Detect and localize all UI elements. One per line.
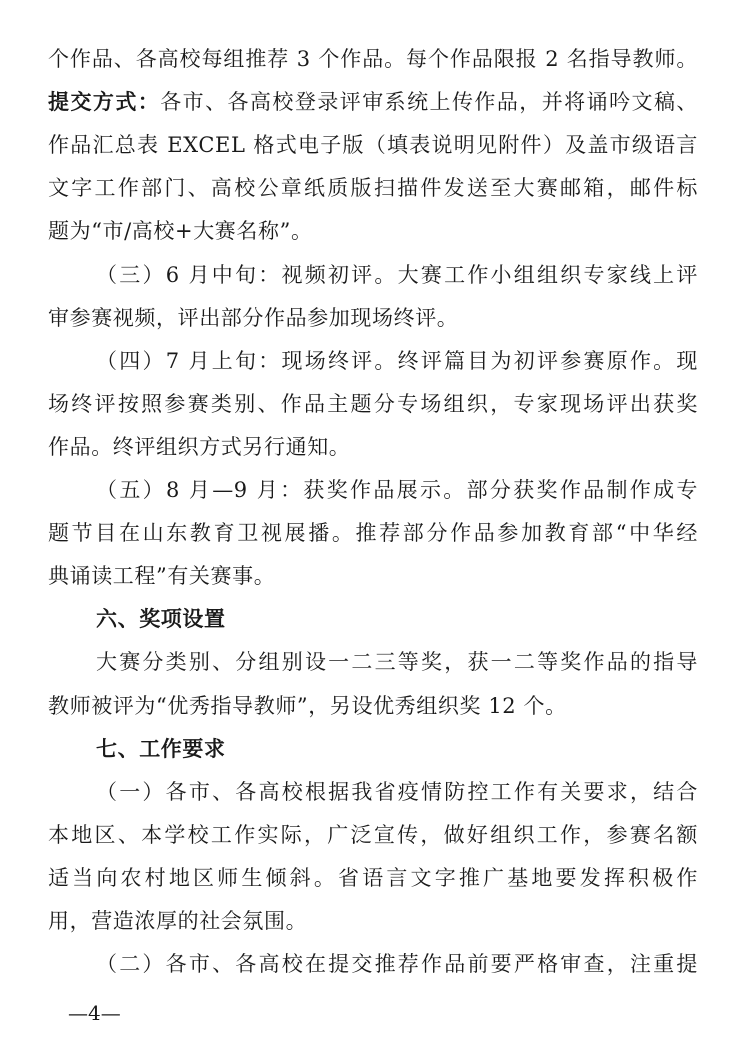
line-text: 适当向农村地区师生倾斜。省语言文字推广基地要发挥积极作 xyxy=(48,866,698,890)
line-text: （一）各市、各高校根据我省疫情防控工作有关要求，结合 xyxy=(96,780,698,804)
line-text: 本地区、本学校工作实际，广泛宣传，做好组织工作，参赛名额 xyxy=(48,823,698,847)
line-text: 文字工作部门、高校公章纸质版扫描件发送至大赛邮箱，邮件标 xyxy=(48,176,698,200)
text-line: 审参赛视频，评出部分作品参加现场终评。 xyxy=(48,297,698,340)
text-line: 典诵读工程”有关赛事。 xyxy=(48,555,698,598)
text-line: 个作品、各高校每组推荐 3 个作品。每个作品限报 2 名指导教师。 xyxy=(48,38,698,81)
line-text: 审参赛视频，评出部分作品参加现场终评。 xyxy=(48,306,458,330)
text-line: （二）各市、各高校在提交推荐作品前要严格审查，注重提 xyxy=(96,943,698,986)
document-page: 个作品、各高校每组推荐 3 个作品。每个作品限报 2 名指导教师。提交方式：各市… xyxy=(0,0,740,1043)
line-text: 用，营造浓厚的社会氛围。 xyxy=(48,909,307,933)
line-text: 个作品、各高校每组推荐 3 个作品。每个作品限报 2 名指导教师。 xyxy=(48,47,698,71)
line-text: （二）各市、各高校在提交推荐作品前要严格审查，注重提 xyxy=(96,952,698,976)
line-text: 六、奖项设置 xyxy=(96,607,226,631)
line-text: 教师被评为“优秀指导教师”，另设优秀组织奖 12 个。 xyxy=(48,694,567,718)
line-text: 场终评按照参赛类别、作品主题分专场组织，专家现场评出获奖 xyxy=(48,392,698,416)
text-line: 提交方式：各市、各高校登录评审系统上传作品，并将诵吟文稿、 xyxy=(48,81,698,124)
line-text: 作品。终评组织方式另行通知。 xyxy=(48,435,350,459)
text-line: 大赛分类别、分组别设一二三等奖，获一二等奖作品的指导 xyxy=(96,641,698,684)
line-text: 作品汇总表 EXCEL 格式电子版（填表说明见附件）及盖市级语言 xyxy=(48,133,698,157)
line-text: 七、工作要求 xyxy=(96,737,226,761)
text-line: 作品汇总表 EXCEL 格式电子版（填表说明见附件）及盖市级语言 xyxy=(48,124,698,167)
text-line: 教师被评为“优秀指导教师”，另设优秀组织奖 12 个。 xyxy=(48,685,698,728)
line-text: 大赛分类别、分组别设一二三等奖，获一二等奖作品的指导 xyxy=(96,650,698,674)
text-line: 文字工作部门、高校公章纸质版扫描件发送至大赛邮箱，邮件标 xyxy=(48,167,698,210)
text-line: 场终评按照参赛类别、作品主题分专场组织，专家现场评出获奖 xyxy=(48,383,698,426)
section-heading: 七、工作要求 xyxy=(96,728,698,771)
line-text: （三）6 月中旬：视频初评。大赛工作小组组织专家线上评 xyxy=(96,263,698,287)
line-text: 典诵读工程”有关赛事。 xyxy=(48,564,275,588)
text-line: 题节目在山东教育卫视展播。推荐部分作品参加教育部“中华经 xyxy=(48,512,698,555)
text-line: （四）7 月上旬：现场终评。终评篇目为初评参赛原作。现 xyxy=(96,340,698,383)
bold-label: 提交方式： xyxy=(48,90,160,114)
line-text: 各市、各高校登录评审系统上传作品，并将诵吟文稿、 xyxy=(160,90,698,114)
line-text: 题为“市/高校+大赛名称”。 xyxy=(48,219,313,243)
line-text: （四）7 月上旬：现场终评。终评篇目为初评参赛原作。现 xyxy=(96,349,698,373)
page-number: —4— xyxy=(68,1000,121,1026)
text-line: 作品。终评组织方式另行通知。 xyxy=(48,426,698,469)
text-line: 适当向农村地区师生倾斜。省语言文字推广基地要发挥积极作 xyxy=(48,857,698,900)
line-text: 题节目在山东教育卫视展播。推荐部分作品参加教育部“中华经 xyxy=(48,521,698,545)
text-line: （一）各市、各高校根据我省疫情防控工作有关要求，结合 xyxy=(96,771,698,814)
line-text: （五）8 月—9 月：获奖作品展示。部分获奖作品制作成专 xyxy=(96,478,698,502)
text-line: 用，营造浓厚的社会氛围。 xyxy=(48,900,698,943)
text-line: 本地区、本学校工作实际，广泛宣传，做好组织工作，参赛名额 xyxy=(48,814,698,857)
text-line: （三）6 月中旬：视频初评。大赛工作小组组织专家线上评 xyxy=(96,254,698,297)
text-line: 题为“市/高校+大赛名称”。 xyxy=(48,210,698,253)
text-line: （五）8 月—9 月：获奖作品展示。部分获奖作品制作成专 xyxy=(96,469,698,512)
section-heading: 六、奖项设置 xyxy=(96,598,698,641)
